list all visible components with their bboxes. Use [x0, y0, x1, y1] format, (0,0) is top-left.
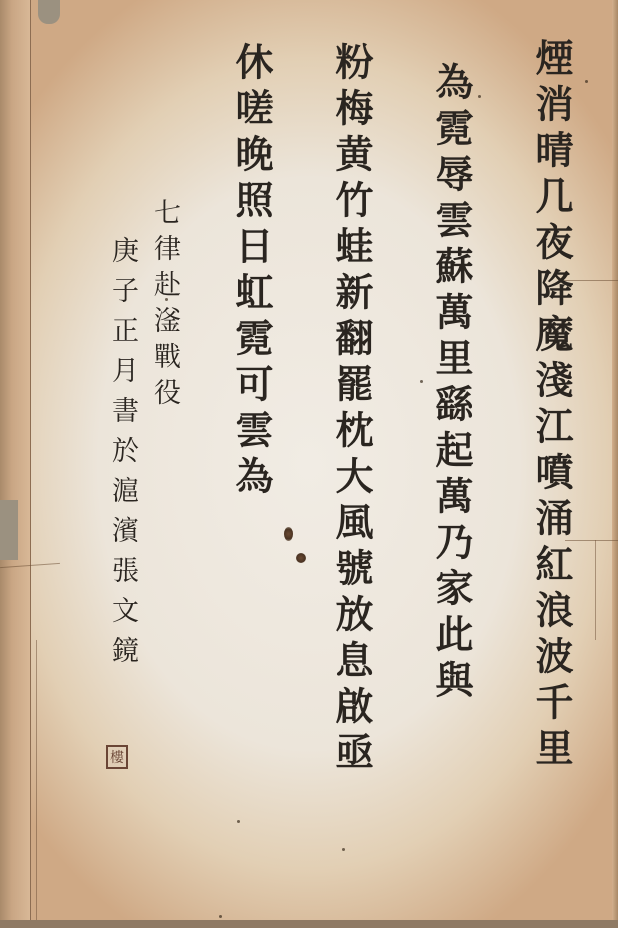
paper-right-edge	[612, 0, 618, 928]
ink-stain	[284, 527, 293, 541]
calligraphy-column-4: 休嗟晚照日虹霓可雲為	[232, 42, 270, 502]
calligraphy-column-3: 粉梅黄竹蛙新翻罷枕大風號放息啟亟	[332, 42, 370, 778]
calligraphy-column-2: 為霓辱雲蘇萬里繇起萬乃家此與	[432, 62, 470, 706]
paper-speck	[420, 380, 423, 383]
paper-speck	[237, 820, 240, 823]
paper-tear-top	[38, 0, 60, 24]
paper-speck	[478, 95, 481, 98]
calligraphy-page: 煙消晴几夜降魔淺江噴涌紅浪波千里 為霓辱雲蘇萬里繇起萬乃家此與 粉梅黄竹蛙新翻罷…	[0, 0, 618, 928]
paper-tear-left	[0, 500, 18, 560]
calligraphy-column-title: 七律赴滏戰役	[151, 198, 178, 414]
paper-crack	[595, 540, 596, 640]
artist-seal: 樓	[106, 745, 128, 769]
calligraphy-column-1: 煙消晴几夜降魔淺江噴涌紅浪波千里	[532, 38, 570, 774]
ink-stain	[296, 553, 306, 563]
paper-speck	[585, 80, 588, 83]
paper-speck	[342, 848, 345, 851]
paper-bottom-edge	[0, 920, 618, 928]
calligraphy-column-signature: 庚子正月書於滬濱張文鏡	[109, 236, 136, 676]
paper-speck	[219, 915, 222, 918]
paper-left-edge	[0, 0, 31, 928]
paper-crack	[36, 640, 37, 920]
